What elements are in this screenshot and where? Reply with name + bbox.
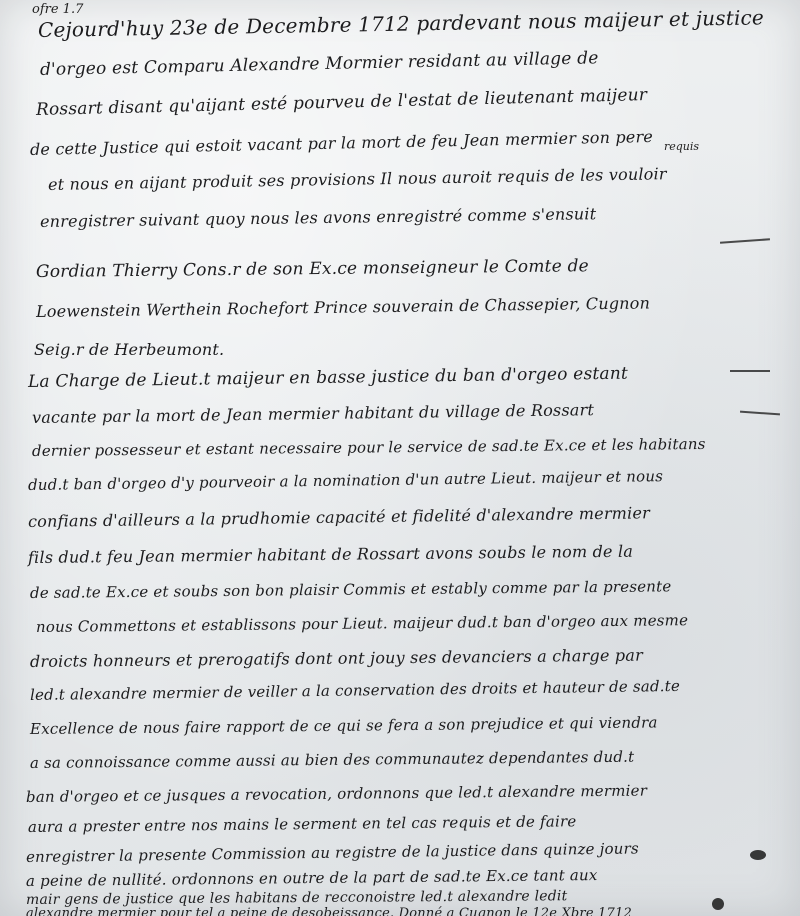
manuscript-line: de sad.te Ex.ce et soubs son bon plaisir… xyxy=(30,577,672,602)
manuscript-line: Seig.r de Herbeumont. xyxy=(34,340,224,359)
manuscript-line: alexandre mermier pour tel a peine de de… xyxy=(26,906,632,916)
manuscript-line: Gordian Thierry Cons.r de son Ex.ce mons… xyxy=(36,256,589,282)
manuscript-line: Excellence de nous faire rapport de ce q… xyxy=(30,713,658,738)
manuscript-line: dud.t ban d'orgeo d'y pourveoir a la nom… xyxy=(28,467,663,494)
manuscript-line: dernier possesseur et estant necessaire … xyxy=(32,435,706,460)
manuscript-line: vacante par la mort de Jean mermier habi… xyxy=(32,400,594,427)
manuscript-page: ofre 1.7 Cejourd'huy 23e de Decembre 171… xyxy=(0,0,800,916)
manuscript-line: a sa connoissance comme aussi au bien de… xyxy=(30,748,634,772)
line-filler-stroke xyxy=(740,411,780,416)
manuscript-line: ban d'orgeo et ce jusques a revocation, … xyxy=(26,781,647,806)
manuscript-line: aura a prester entre nos mains le sermen… xyxy=(28,812,577,836)
manuscript-line: nous Commettons et establissons pour Lie… xyxy=(36,611,688,636)
manuscript-line: Rossart disant qu'aijant esté pourveu de… xyxy=(36,85,648,120)
manuscript-line: led.t alexandre mermier de veiller a la … xyxy=(30,677,680,704)
manuscript-line: Loewenstein Werthein Rochefort Prince so… xyxy=(36,293,650,321)
ink-blot xyxy=(712,898,724,910)
corner-annotation: ofre 1.7 xyxy=(32,2,83,17)
manuscript-line: enregistrer suivant quoy nous les avons … xyxy=(40,204,597,231)
ink-blot xyxy=(750,850,766,860)
manuscript-line: La Charge de Lieut.t maijeur en basse ju… xyxy=(28,364,628,392)
manuscript-line: fils dud.t feu Jean mermier habitant de … xyxy=(28,542,633,567)
marginal-insertion: requis xyxy=(664,140,699,153)
manuscript-line: droicts honneurs et prerogatifs dont ont… xyxy=(30,646,643,671)
manuscript-line: d'orgeo est Comparu Alexandre Mormier re… xyxy=(40,48,599,80)
manuscript-line: Cejourd'huy 23e de Decembre 1712 pardeva… xyxy=(38,5,764,42)
line-filler-stroke xyxy=(730,370,770,372)
manuscript-line: confians d'ailleurs a la prudhomie capac… xyxy=(28,503,650,531)
manuscript-line: a peine de nullité. ordonnons en outre d… xyxy=(26,866,598,890)
manuscript-line: et nous en aijant produit ses provisions… xyxy=(48,164,667,194)
manuscript-line: de cette Justice qui estoit vacant par l… xyxy=(30,127,653,159)
manuscript-line: enregistrer la presente Commission au re… xyxy=(26,839,639,866)
line-filler-stroke xyxy=(720,238,770,243)
